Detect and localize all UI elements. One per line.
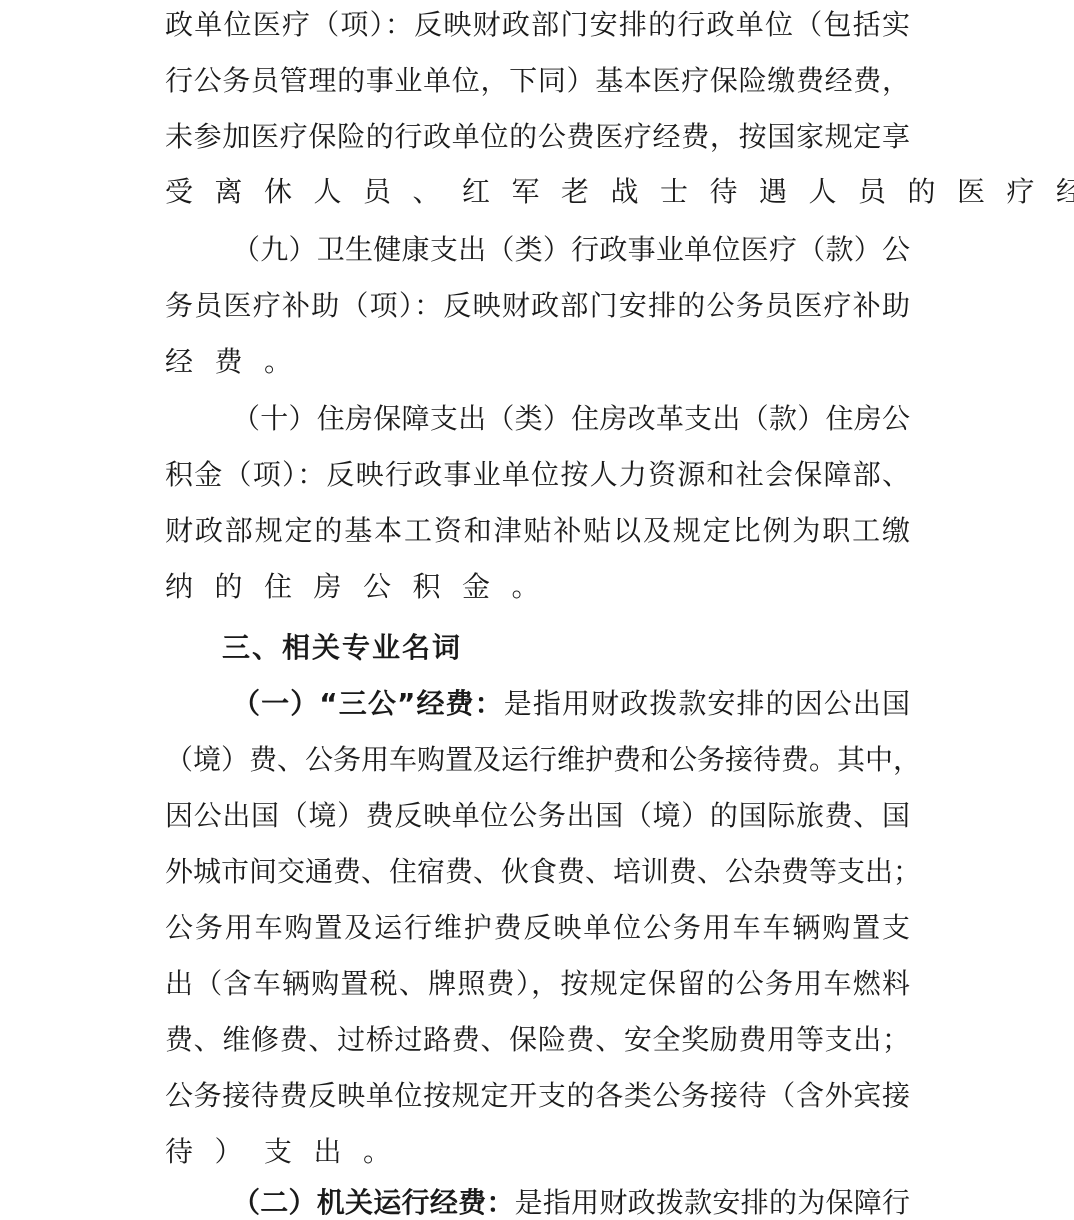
- paragraph-line: 行公务员管理的事业单位，下同）基本医疗保险缴费经费，: [165, 61, 910, 101]
- paragraph-line: 公务接待费反映单位按规定开支的各类公务接待（含外宾接: [165, 1076, 910, 1116]
- paragraph-line: 政单位医疗（项）：反映财政部门安排的行政单位（包括实: [165, 5, 910, 45]
- document-page: 政单位医疗（项）：反映财政部门安排的行政单位（包括实 行公务员管理的事业单位，下…: [0, 0, 1074, 1220]
- paragraph-line: （九）卫生健康支出（类）行政事业单位医疗（款）公: [232, 230, 910, 270]
- paragraph-line: 受离休人员、红军老战士待遇人员的医疗经费。: [165, 172, 910, 212]
- term-line: （一）“三公”经费：是指用财政拨款安排的因公出国: [232, 684, 910, 724]
- paragraph-line: 务员医疗补助（项）：反映财政部门安排的公务员医疗补助: [165, 286, 910, 326]
- paragraph-line: 积金（项）：反映行政事业单位按人力资源和社会保障部、: [165, 455, 910, 495]
- section-heading: 三、相关专业名词: [222, 628, 462, 668]
- term-label: （一）“三公”经费：: [232, 687, 504, 720]
- term-label: （二）机关运行经费：: [232, 1186, 515, 1219]
- paragraph-line: 待）支出。: [165, 1132, 910, 1172]
- paragraph-line: （境）费、公务用车购置及运行维护费和公务接待费。其中，: [165, 740, 910, 780]
- paragraph-line: 未参加医疗保险的行政单位的公费医疗经费，按国家规定享: [165, 117, 910, 157]
- paragraph-line: 财政部规定的基本工资和津贴补贴以及规定比例为职工缴: [165, 511, 910, 551]
- term-text: 是指用财政拨款安排的因公出国: [504, 687, 910, 720]
- paragraph-line: 外城市间交通费、住宿费、伙食费、培训费、公杂费等支出；: [165, 852, 910, 892]
- paragraph-line: 纳的住房公积金。: [165, 567, 910, 607]
- term-text: 是指用财政拨款安排的为保障行: [515, 1186, 910, 1219]
- term-line: （二）机关运行经费：是指用财政拨款安排的为保障行: [232, 1183, 910, 1220]
- paragraph-line: 出（含车辆购置税、牌照费），按规定保留的公务用车燃料: [165, 964, 910, 1004]
- paragraph-line: 费、维修费、过桥过路费、保险费、安全奖励费用等支出；: [165, 1020, 910, 1060]
- paragraph-line: 因公出国（境）费反映单位公务出国（境）的国际旅费、国: [165, 796, 910, 836]
- paragraph-line: （十）住房保障支出（类）住房改革支出（款）住房公: [232, 399, 910, 439]
- paragraph-line: 经费。: [165, 342, 910, 382]
- paragraph-line: 公务用车购置及运行维护费反映单位公务用车车辆购置支: [165, 908, 910, 948]
